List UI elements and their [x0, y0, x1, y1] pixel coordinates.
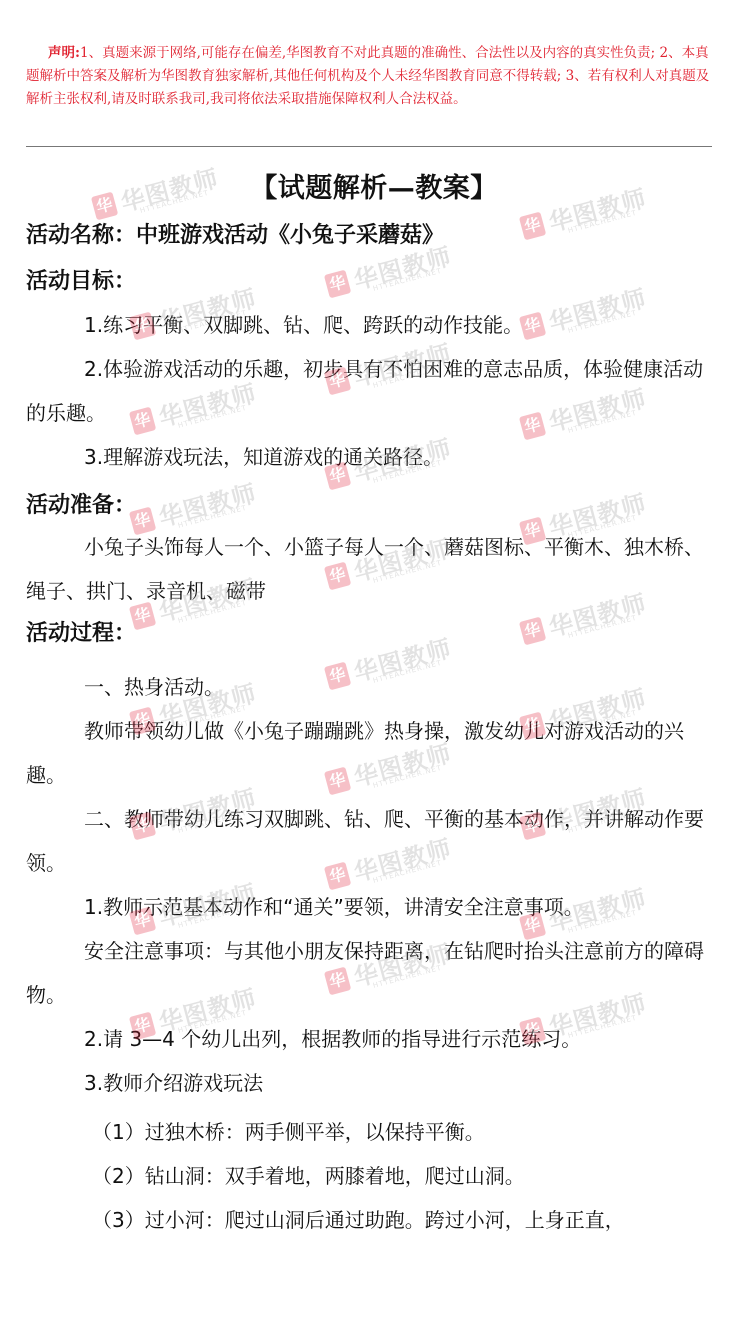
- activity-name: 活动名称：中班游戏活动《小兔子采蘑菇》: [26, 218, 444, 249]
- disclaimer-text: 1、真题来源于网络,可能存在偏差,华图教育不对此真题的准确性、合法性以及内容的真…: [26, 45, 709, 107]
- process-step: （3）过小河：爬过山洞后通过助跑。跨过小河，上身正直，: [92, 1204, 625, 1233]
- watermark-logo-icon: 华: [519, 617, 546, 646]
- process-step: （1）过独木桥：两手侧平举，以保持平衡。: [92, 1116, 485, 1145]
- preparation-text: 小兔子头饰每人一个、小篮子每人一个、蘑菇图标、平衡木、独木桥、绳子、拱门、录音机…: [26, 525, 716, 613]
- watermark-logo-icon: 华: [324, 270, 351, 299]
- goal-item: 2.体验游戏活动的乐趣，初步具有不怕困难的意志品质，体验健康活动的乐趣。: [26, 347, 716, 435]
- disclaimer-lead: 声明:: [48, 45, 80, 61]
- disclaimer: 声明:1、真题来源于网络,可能存在偏差,华图教育不对此真题的准确性、合法性以及内…: [26, 42, 716, 111]
- watermark-sub: HTTEACHER.NET: [567, 614, 638, 640]
- watermark-sub: HTTEACHER.NET: [567, 209, 638, 235]
- goals-heading: 活动目标：: [26, 264, 136, 295]
- watermark-logo-icon: 华: [519, 212, 546, 241]
- watermark-sub: HTTEACHER.NET: [372, 267, 443, 293]
- goal-item: 1.练习平衡、双脚跳、钻、爬、跨跃的动作技能。: [26, 303, 716, 347]
- process-step: （2）钻山洞：双手着地，两膝着地，爬过山洞。: [92, 1160, 525, 1189]
- process-heading: 活动过程：: [26, 616, 136, 647]
- document-page: 声明:1、真题来源于网络,可能存在偏差,华图教育不对此真题的准确性、合法性以及内…: [0, 0, 748, 1335]
- process-step: 教师带领幼儿做《小兔子蹦蹦跳》热身操，激发幼儿对游戏活动的兴趣。: [26, 709, 716, 797]
- page-title: 【试题解析—教案】: [0, 166, 748, 205]
- process-step: 二、教师带幼儿练习双脚跳、钻、爬、平衡的基本动作，并讲解动作要领。: [26, 797, 716, 885]
- process-step: 1.教师示范基本动作和“通关”要领，讲清安全注意事项。: [26, 885, 716, 929]
- goal-item: 3.理解游戏玩法，知道游戏的通关路径。: [26, 435, 716, 479]
- divider: [26, 146, 712, 147]
- preparation-heading: 活动准备：: [26, 488, 136, 519]
- process-step: 3.教师介绍游戏玩法: [26, 1061, 716, 1105]
- process-step: 2.请 3—4 个幼儿出列，根据教师的指导进行示范练习。: [26, 1017, 716, 1061]
- process-step: 安全注意事项：与其他小朋友保持距离，在钻爬时抬头注意前方的障碍物。: [26, 929, 716, 1017]
- process-step: 一、热身活动。: [26, 665, 716, 709]
